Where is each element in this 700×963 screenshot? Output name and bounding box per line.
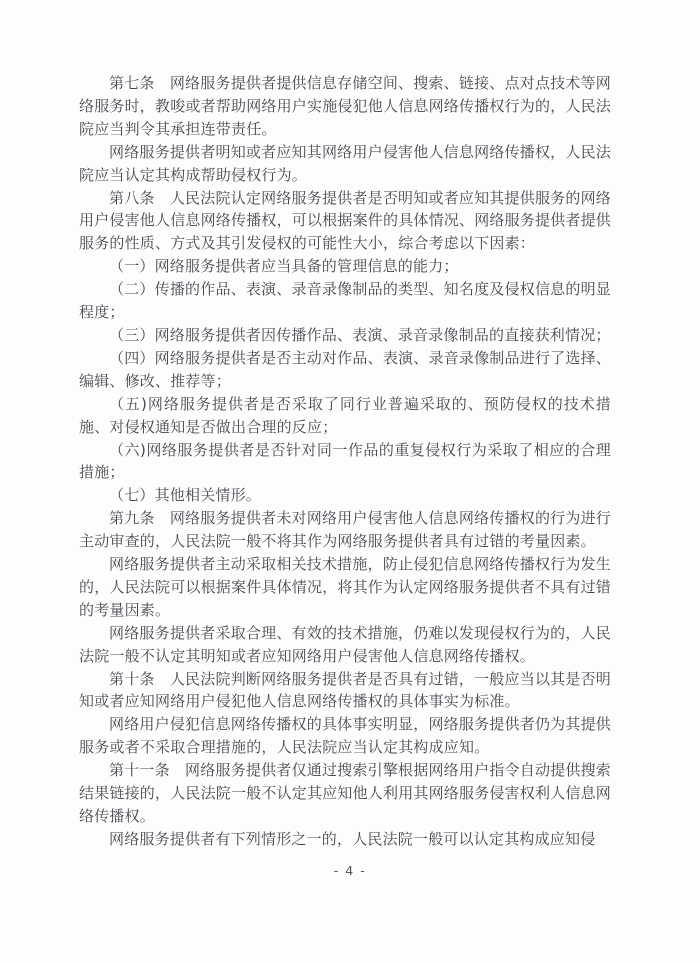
paragraph-article-8-item-1: （一）网络服务提供者应当具备的管理信息的能力； (79, 255, 611, 278)
paragraph-article-8-item-6: （六)网络服务提供者是否针对同一作品的重复侵权行为采取了相应的合理措施； (79, 439, 611, 485)
document-body: 第七条 网络服务提供者提供信息存储空间、搜索、链接、点对点技术等网络服务时，教唆… (79, 72, 611, 851)
paragraph-article-11-clause-2: 网络服务提供者有下列情形之一的，人民法院一般可以认定其构成应知侵 (79, 828, 611, 851)
scanned-legal-document-page: 第七条 网络服务提供者提供信息存储空间、搜索、链接、点对点技术等网络服务时，教唆… (0, 0, 700, 963)
paragraph-article-8-item-7: （七）其他相关情形。 (79, 484, 611, 507)
paragraph-article-10: 第十条 人民法院判断网络服务提供者是否具有过错，一般应当以其是否明知或者应知网络… (79, 668, 611, 714)
paragraph-article-11: 第十一条 网络服务提供者仅通过搜索引擎根据网络用户指令自动提供搜索结果链接的，人… (79, 759, 611, 828)
paragraph-article-8-item-2: （二）传播的作品、表演、录音录像制品的类型、知名度及侵权信息的明显程度； (79, 278, 611, 324)
paragraph-article-8: 第八条 人民法院认定网络服务提供者是否明知或者应知其提供服务的网络用户侵害他人信… (79, 187, 611, 256)
paragraph-article-9: 第九条 网络服务提供者未对网络用户侵害他人信息网络传播权的行为进行主动审查的，人… (79, 507, 611, 553)
paragraph-article-7-clause-2: 网络服务提供者明知或者应知其网络用户侵害他人信息网络传播权，人民法院应当认定其构… (79, 141, 611, 187)
paragraph-article-10-clause-2: 网络用户侵犯信息网络传播权的具体事实明显，网络服务提供者仍为其提供服务或者不采取… (79, 713, 611, 759)
paragraph-article-8-item-3: （三）网络服务提供者因传播作品、表演、录音录像制品的直接获利情况； (79, 324, 611, 347)
paragraph-article-7: 第七条 网络服务提供者提供信息存储空间、搜索、链接、点对点技术等网络服务时，教唆… (79, 72, 611, 141)
paragraph-article-9-clause-3: 网络服务提供者采取合理、有效的技术措施，仍难以发现侵权行为的，人民法院一般不认定… (79, 622, 611, 668)
paragraph-article-9-clause-2: 网络服务提供者主动采取相关技术措施，防止侵犯信息网络传播权行为发生的，人民法院可… (79, 553, 611, 622)
paragraph-article-8-item-5: （五)网络服务提供者是否采取了同行业普遍采取的、预防侵权的技术措施、对侵权通知是… (79, 393, 611, 439)
page-number: - 4 - (0, 863, 700, 878)
paragraph-article-8-item-4: （四）网络服务提供者是否主动对作品、表演、录音录像制品进行了选择、编辑、修改、推… (79, 347, 611, 393)
